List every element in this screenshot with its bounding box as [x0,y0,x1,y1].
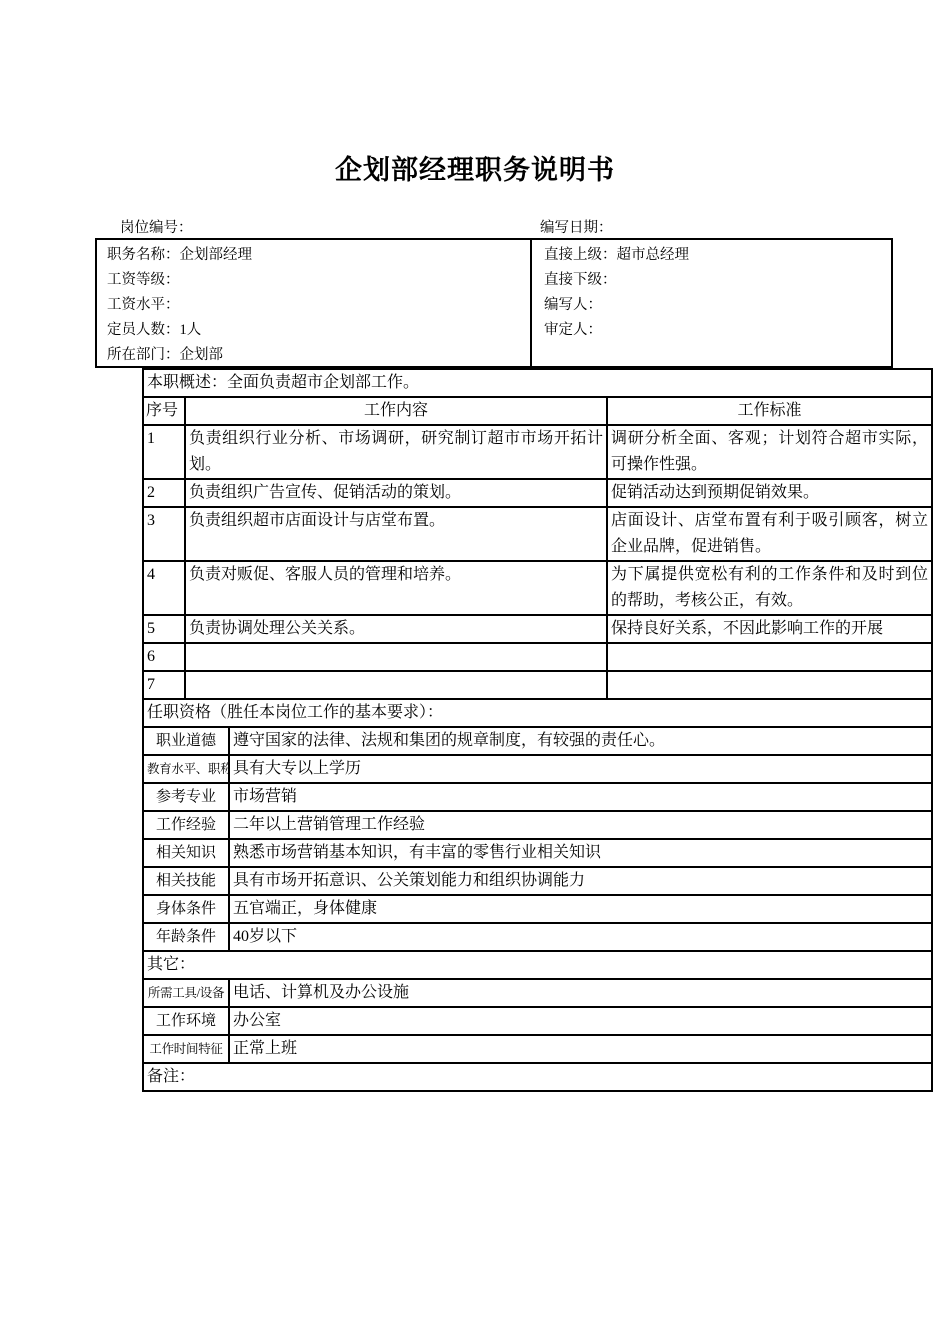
qual-label: 年龄条件 [143,923,229,951]
duty-no: 3 [143,507,185,561]
approver-line: 审定人： [544,318,891,343]
duty-no: 2 [143,479,185,507]
qual-label: 相关技能 [143,867,229,895]
others-label: 所需工具/设备 [143,979,229,1007]
duty-row-3: 3 负责组织超市店面设计与店堂布置。 店面设计、店堂布置有利于吸引顾客，树立企业… [143,507,932,561]
remark-row: 备注： [143,1063,932,1091]
remark-label: 备注： [143,1063,932,1091]
qual-value: 具有大专以上学历 [229,755,932,783]
header-standard: 工作标准 [607,397,932,425]
duty-content [185,643,607,671]
duty-standard [607,671,932,699]
qual-value: 二年以上营销管理工作经验 [229,811,932,839]
duty-content: 负责对贩促、客服人员的管理和培养。 [185,561,607,615]
duty-row-7: 7 [143,671,932,699]
qual-label: 相关知识 [143,839,229,867]
others-value: 正常上班 [229,1035,932,1063]
wage-grade-line: 工资等级： [107,268,530,293]
duty-content: 负责协调处理公关关系。 [185,615,607,643]
duty-content: 负责组织超市店面设计与店堂布置。 [185,507,607,561]
others-value: 电话、计算机及办公设施 [229,979,932,1007]
others-row-environment: 工作环境 办公室 [143,1007,932,1035]
duty-no: 5 [143,615,185,643]
write-date-label: 编写日期： [540,216,613,237]
job-description-table: 本职概述：全面负责超市企划部工作。 序号 工作内容 工作标准 1 负责组织行业分… [142,368,933,1092]
job-description-table-wrap: 本职概述：全面负责超市企划部工作。 序号 工作内容 工作标准 1 负责组织行业分… [142,368,933,1092]
others-value: 办公室 [229,1007,932,1035]
direct-superior-line: 直接上级：超市总经理 [544,243,891,268]
author-line: 编写人： [544,293,891,318]
others-title: 其它： [143,951,932,979]
department-line: 所在部门：企划部 [107,343,530,368]
qual-value: 熟悉市场营销基本知识，有丰富的零售行业相关知识 [229,839,932,867]
duty-row-2: 2 负责组织广告宣传、促销活动的策划。 促销活动达到预期促销效果。 [143,479,932,507]
qual-label: 职业道德 [143,727,229,755]
duty-no: 4 [143,561,185,615]
qualifications-title: 任职资格（胜任本岗位工作的基本要求）： [143,699,932,727]
qual-value: 遵守国家的法律、法规和集团的规章制度，有较强的责任心。 [229,727,932,755]
duty-content: 负责组织行业分析、市场调研，研究制订超市市场开拓计划。 [185,425,607,479]
qualifications-title-row: 任职资格（胜任本岗位工作的基本要求）： [143,699,932,727]
qual-value: 市场营销 [229,783,932,811]
qual-value: 具有市场开拓意识、公关策划能力和组织协调能力 [229,867,932,895]
header-content: 工作内容 [185,397,607,425]
duty-standard: 保持良好关系，不因此影响工作的开展 [607,615,932,643]
duty-standard: 调研分析全面、客观；计划符合超市实际，可操作性强。 [607,425,932,479]
header-no: 序号 [143,397,185,425]
direct-subordinate-line: 直接下级： [544,268,891,293]
qual-value: 五官端正，身体健康 [229,895,932,923]
document-page: 企划部经理职务说明书 岗位编号： 编写日期： 职务名称：企划部经理 工资等级： … [0,0,950,1344]
duties-header-row: 序号 工作内容 工作标准 [143,397,932,425]
qual-label: 工作经验 [143,811,229,839]
wage-level-line: 工资水平： [107,293,530,318]
duty-standard [607,643,932,671]
others-row-tools: 所需工具/设备 电话、计算机及办公设施 [143,979,932,1007]
duty-content [185,671,607,699]
summary-text: 本职概述：全面负责超市企划部工作。 [143,369,932,397]
duty-no: 7 [143,671,185,699]
info-box-right-column: 直接上级：超市总经理 直接下级： 编写人： 审定人： [530,240,891,366]
duty-no: 6 [143,643,185,671]
others-label: 工作环境 [143,1007,229,1035]
info-box-left-column: 职务名称：企划部经理 工资等级： 工资水平： 定员人数：1人 所在部门：企划部 [97,240,530,366]
summary-row: 本职概述：全面负责超市企划部工作。 [143,369,932,397]
duty-row-5: 5 负责协调处理公关关系。 保持良好关系，不因此影响工作的开展 [143,615,932,643]
duty-content: 负责组织广告宣传、促销活动的策划。 [185,479,607,507]
qual-row-age: 年龄条件 40岁以下 [143,923,932,951]
duty-standard: 促销活动达到预期促销效果。 [607,479,932,507]
duty-row-4: 4 负责对贩促、客服人员的管理和培养。 为下属提供宽松有利的工作条件和及时到位的… [143,561,932,615]
qual-label: 教育水平、职称 [143,755,229,783]
qual-row-knowledge: 相关知识 熟悉市场营销基本知识，有丰富的零售行业相关知识 [143,839,932,867]
qual-row-education: 教育水平、职称 具有大专以上学历 [143,755,932,783]
qual-row-physical: 身体条件 五官端正，身体健康 [143,895,932,923]
job-title-line: 职务名称：企划部经理 [107,243,530,268]
qual-row-skills: 相关技能 具有市场开拓意识、公关策划能力和组织协调能力 [143,867,932,895]
others-title-row: 其它： [143,951,932,979]
headcount-line: 定员人数：1人 [107,318,530,343]
qual-row-ethics: 职业道德 遵守国家的法律、法规和集团的规章制度，有较强的责任心。 [143,727,932,755]
qual-row-experience: 工作经验 二年以上营销管理工作经验 [143,811,932,839]
duty-row-1: 1 负责组织行业分析、市场调研，研究制订超市市场开拓计划。 调研分析全面、客观；… [143,425,932,479]
document-title: 企划部经理职务说明书 [0,148,950,187]
duty-no: 1 [143,425,185,479]
qual-row-major: 参考专业 市场营销 [143,783,932,811]
qual-label: 身体条件 [143,895,229,923]
others-label: 工作时间特征 [143,1035,229,1063]
position-code-label: 岗位编号： [120,216,193,237]
duty-standard: 店面设计、店堂布置有利于吸引顾客，树立企业品牌，促进销售。 [607,507,932,561]
qual-label: 参考专业 [143,783,229,811]
duty-standard: 为下属提供宽松有利的工作条件和及时到位的帮助，考核公正，有效。 [607,561,932,615]
duty-row-6: 6 [143,643,932,671]
others-row-worktime: 工作时间特征 正常上班 [143,1035,932,1063]
position-info-box: 职务名称：企划部经理 工资等级： 工资水平： 定员人数：1人 所在部门：企划部 … [95,238,893,368]
qual-value: 40岁以下 [229,923,932,951]
